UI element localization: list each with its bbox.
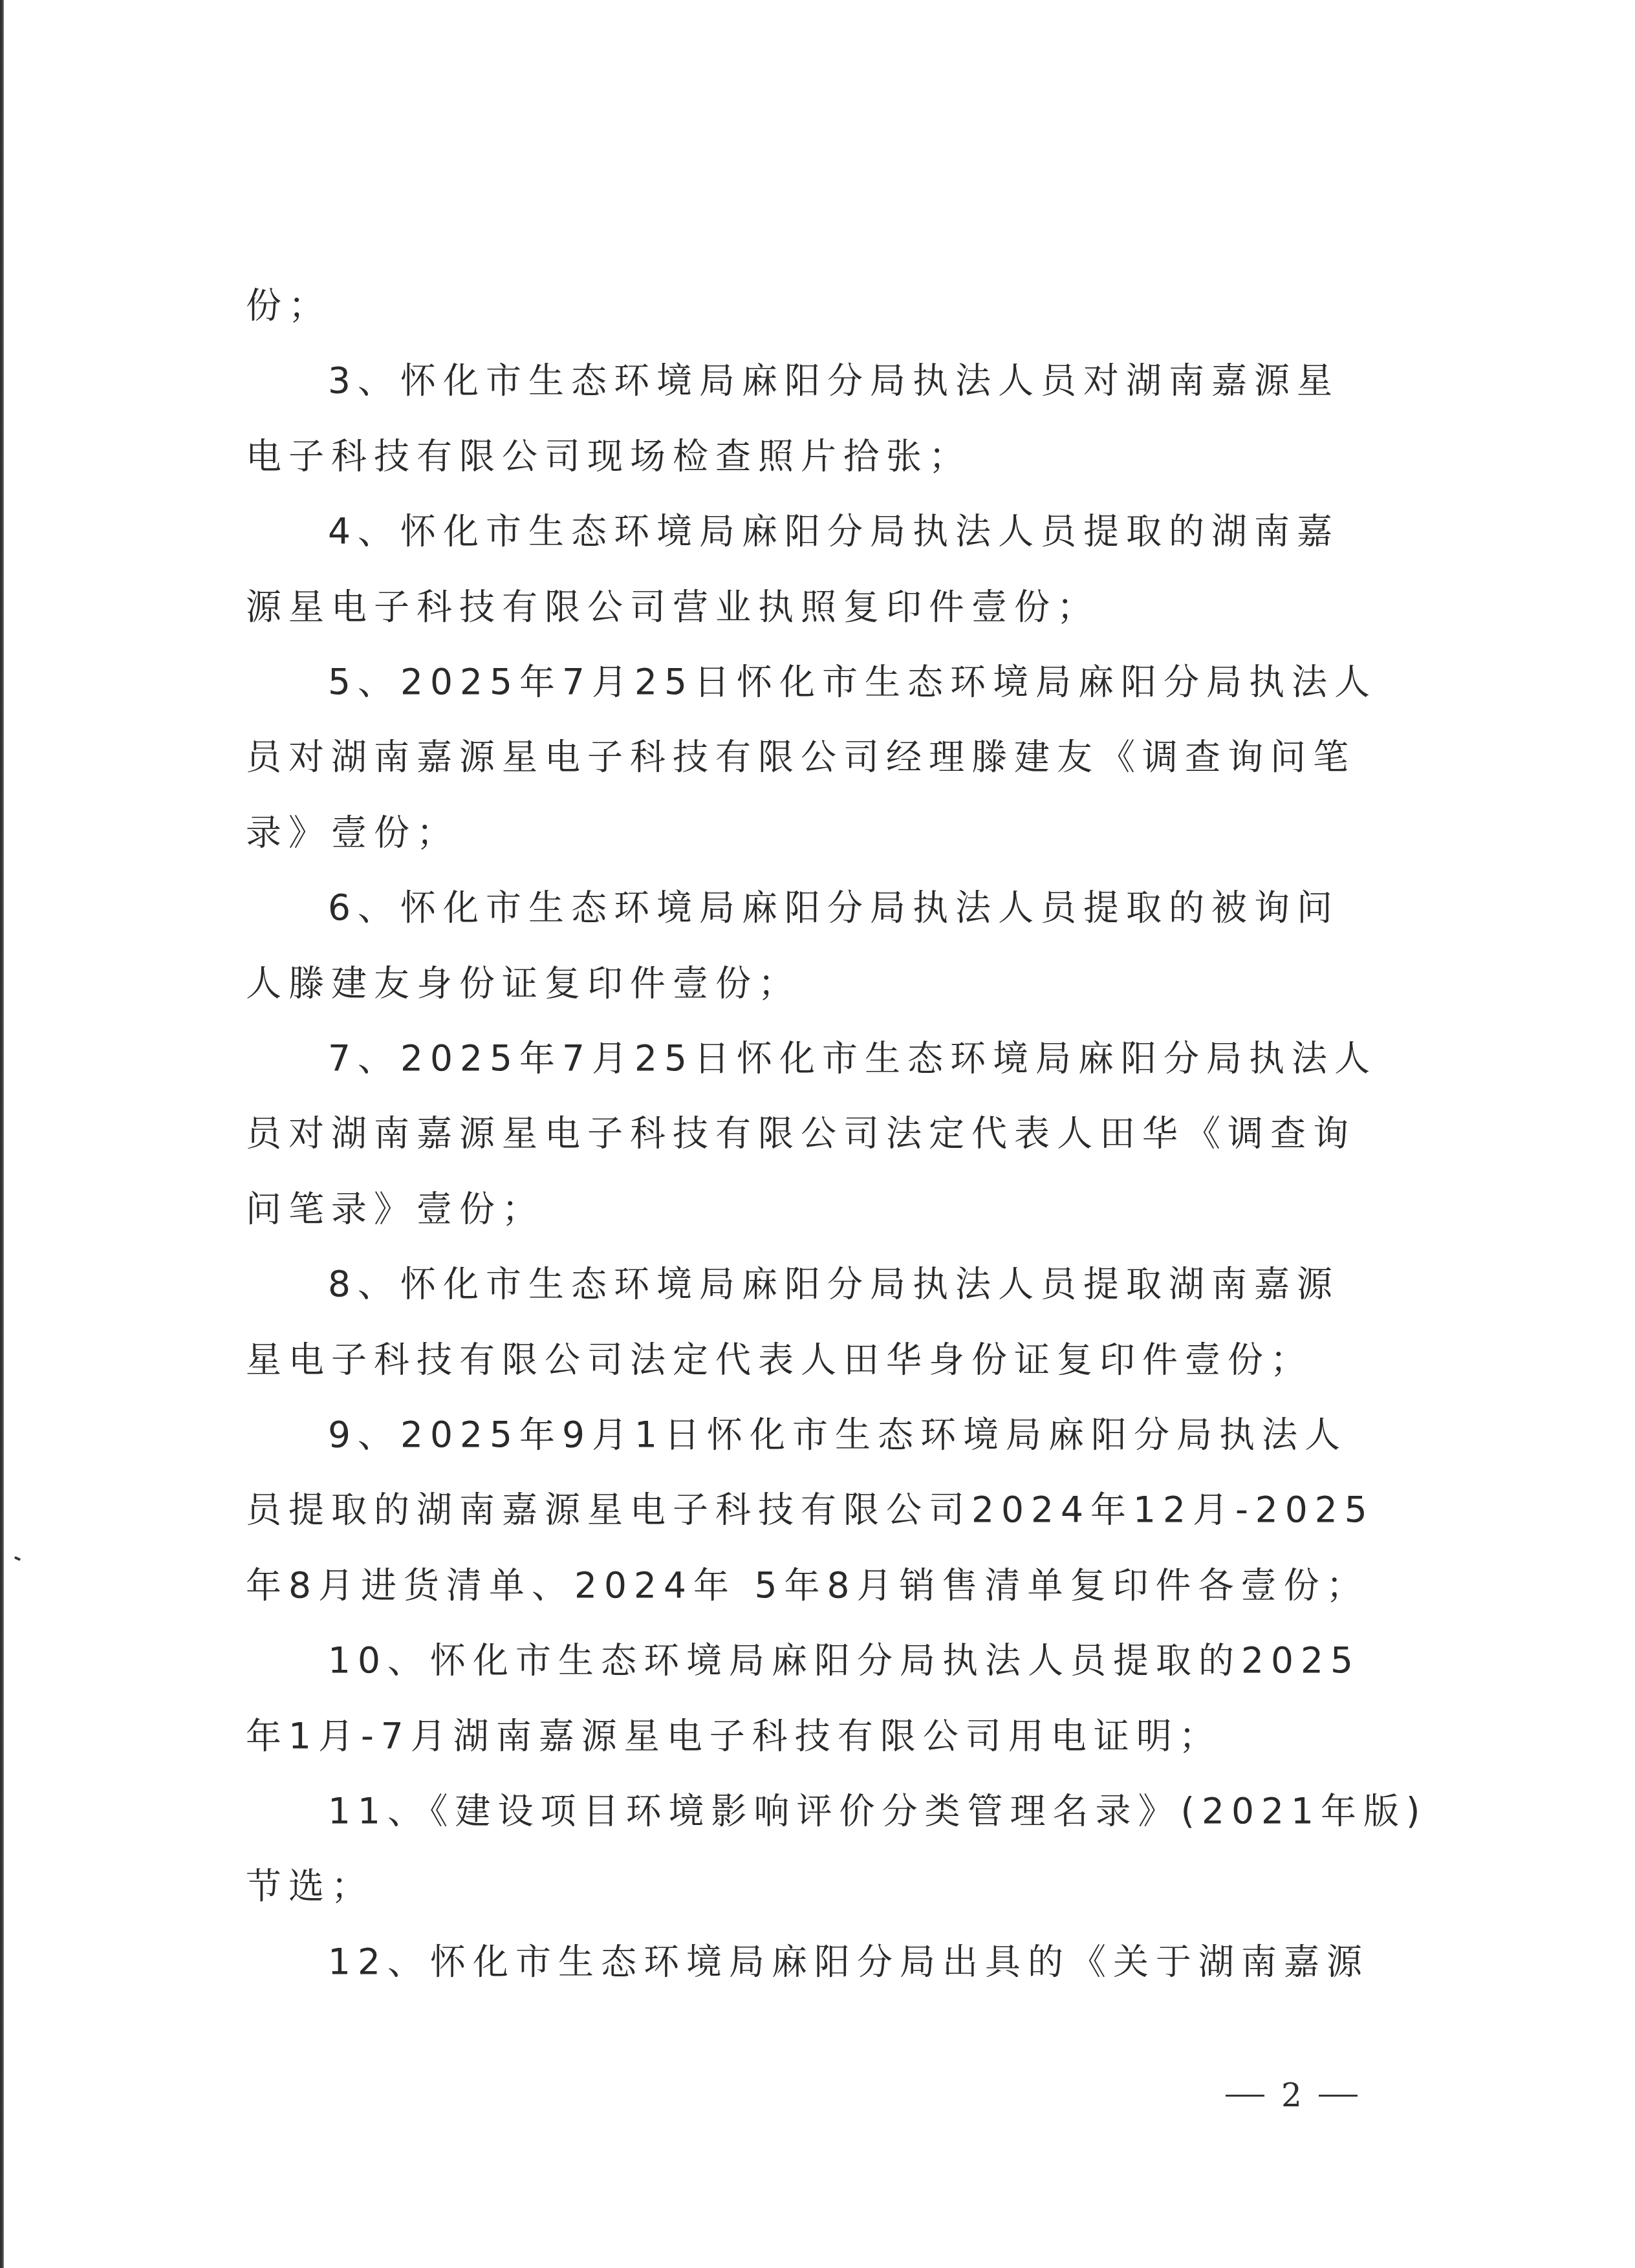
text-line: 员对湖南嘉源星电子科技有限公司经理滕建友《调查询问笔 <box>246 731 1356 783</box>
text-line: 星电子科技有限公司法定代表人田华身份证复印件壹份； <box>246 1334 1313 1385</box>
list-item-3: 3、怀化市生态环境局麻阳分局执法人员对湖南嘉源星 <box>328 354 1339 406</box>
text-line: 源星电子科技有限公司营业执照复印件壹份； <box>246 581 1099 632</box>
text-line: 年1月-7月湖南嘉源星电子科技有限公司用电证明； <box>246 1710 1222 1762</box>
list-item-9: 9、2025年9月1日怀化市生态环境局麻阳分局执法人 <box>328 1409 1347 1460</box>
list-item-12: 12、怀化市生态环境局麻阳分局出具的《关于湖南嘉源 <box>328 1936 1369 1987</box>
list-item-11: 11、《建设项目环境影响评价分类管理名录》(2021年版) <box>328 1785 1427 1837</box>
text-line: 员提取的湖南嘉源星电子科技有限公司2024年12月-2025 <box>246 1484 1374 1535</box>
text-line: 人滕建友身份证复印件壹份； <box>246 957 801 1009</box>
list-item-8: 8、怀化市生态环境局麻阳分局执法人员提取湖南嘉源 <box>328 1258 1339 1310</box>
list-item-6: 6、怀化市生态环境局麻阳分局执法人员提取的被询问 <box>328 881 1339 933</box>
scan-edge <box>0 0 4 2268</box>
text-line: 份； <box>246 279 331 331</box>
page-number-dash-right <box>1319 2095 1358 2097</box>
text-line: 年8月进货清单、2024年 5年8月销售清单复印件各壹份； <box>246 1559 1369 1611</box>
list-item-10: 10、怀化市生态环境局麻阳分局执法人员提取的2025 <box>328 1634 1360 1686</box>
list-item-5: 5、2025年7月25日怀化市生态环境局麻阳分局执法人 <box>328 656 1377 707</box>
text-line: 录》壹份； <box>246 806 459 858</box>
list-item-4: 4、怀化市生态环境局麻阳分局执法人员提取的湖南嘉 <box>328 505 1339 557</box>
scan-speck <box>14 1556 21 1561</box>
text-line: 电子科技有限公司现场检查照片拾张； <box>246 430 971 482</box>
text-line: 问笔录》壹份； <box>246 1183 545 1235</box>
text-line: 员对湖南嘉源星电子科技有限公司法定代表人田华《调查询 <box>246 1107 1356 1159</box>
text-line: 节选； <box>246 1860 374 1912</box>
page-number-value: 2 <box>1281 2077 1302 2114</box>
page-number-dash-left <box>1226 2095 1264 2097</box>
list-item-7: 7、2025年7月25日怀化市生态环境局麻阳分局执法人 <box>328 1032 1377 1084</box>
page-number: 2 <box>1226 2073 1358 2118</box>
